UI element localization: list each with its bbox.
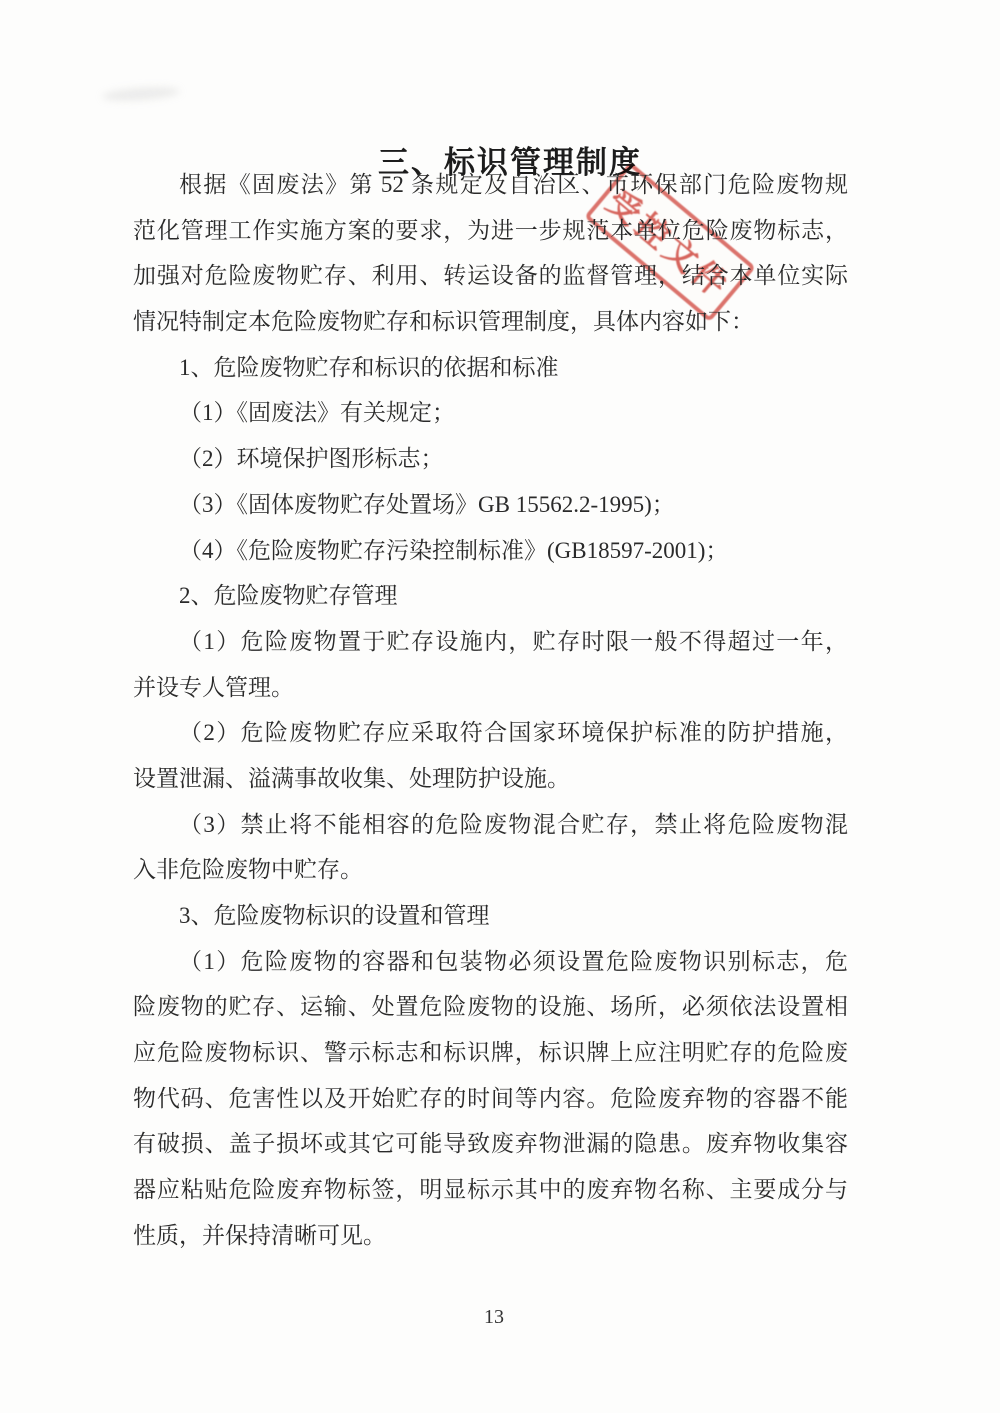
text-line: 入非危险废物中贮存。 [133, 847, 848, 893]
text-line: 险废物的贮存、运输、处置危险废物的设施、场所，必须依法设置相 [133, 984, 848, 1030]
text-line: 设置泄漏、溢满事故收集、处理防护设施。 [133, 756, 848, 802]
text-line: （2）危险废物贮存应采取符合国家环境保护标准的防护措施， [133, 710, 848, 756]
page-number: 13 [0, 1306, 994, 1329]
text-line: 3、危险废物标识的设置和管理 [133, 893, 848, 939]
text-line: 根据《固废法》第 52 条规定及自治区、市环保部门危险废物规 [133, 162, 848, 208]
text-line: 1、危险废物贮存和标识的依据和标准 [133, 345, 848, 391]
text-line: （2）环境保护图形标志； [133, 436, 848, 482]
text-line: 范化管理工作实施方案的要求，为进一步规范本单位危险废物标志， [133, 208, 848, 254]
text-line: 2、危险废物贮存管理 [133, 573, 848, 619]
scanned-document-page: 三、标识管理制度 受控文件 根据《固废法》第 52 条规定及自治区、市环保部门危… [0, 0, 1000, 1413]
text-line: 有破损、盖子损坏或其它可能导致废弃物泄漏的隐患。废弃物收集容 [133, 1121, 848, 1167]
text-line: 加强对危险废物贮存、利用、转运设备的监督管理，结合本单位实际 [133, 253, 848, 299]
text-line: 并设专人管理。 [133, 665, 848, 711]
text-line: （1）危险废物的容器和包装物必须设置危险废物识别标志，危 [133, 939, 848, 985]
text-line: （1）危险废物置于贮存设施内，贮存时限一般不得超过一年， [133, 619, 848, 665]
text-line: （1）《固废法》有关规定； [133, 390, 848, 436]
text-line: 物代码、危害性以及开始贮存的时间等内容。危险废弃物的容器不能 [133, 1076, 848, 1122]
text-line: （3）《固体废物贮存处置场》GB 15562.2-1995)； [133, 482, 848, 528]
text-line: （4）《危险废物贮存污染控制标准》(GB18597-2001)； [133, 528, 848, 574]
text-line: 器应粘贴危险废弃物标签，明显标示其中的废弃物名称、主要成分与 [133, 1167, 848, 1213]
document-body: 根据《固废法》第 52 条规定及自治区、市环保部门危险废物规 范化管理工作实施方… [133, 162, 848, 1259]
text-line: 情况特制定本危险废物贮存和标识管理制度，具体内容如下： [133, 299, 848, 345]
text-line: （3）禁止将不能相容的危险废物混合贮存，禁止将危险废物混 [133, 802, 848, 848]
text-line: 应危险废物标识、警示标志和标识牌，标识牌上应注明贮存的危险废 [133, 1030, 848, 1076]
scan-smudge [102, 85, 181, 102]
text-line: 性质，并保持清晰可见。 [133, 1213, 848, 1259]
